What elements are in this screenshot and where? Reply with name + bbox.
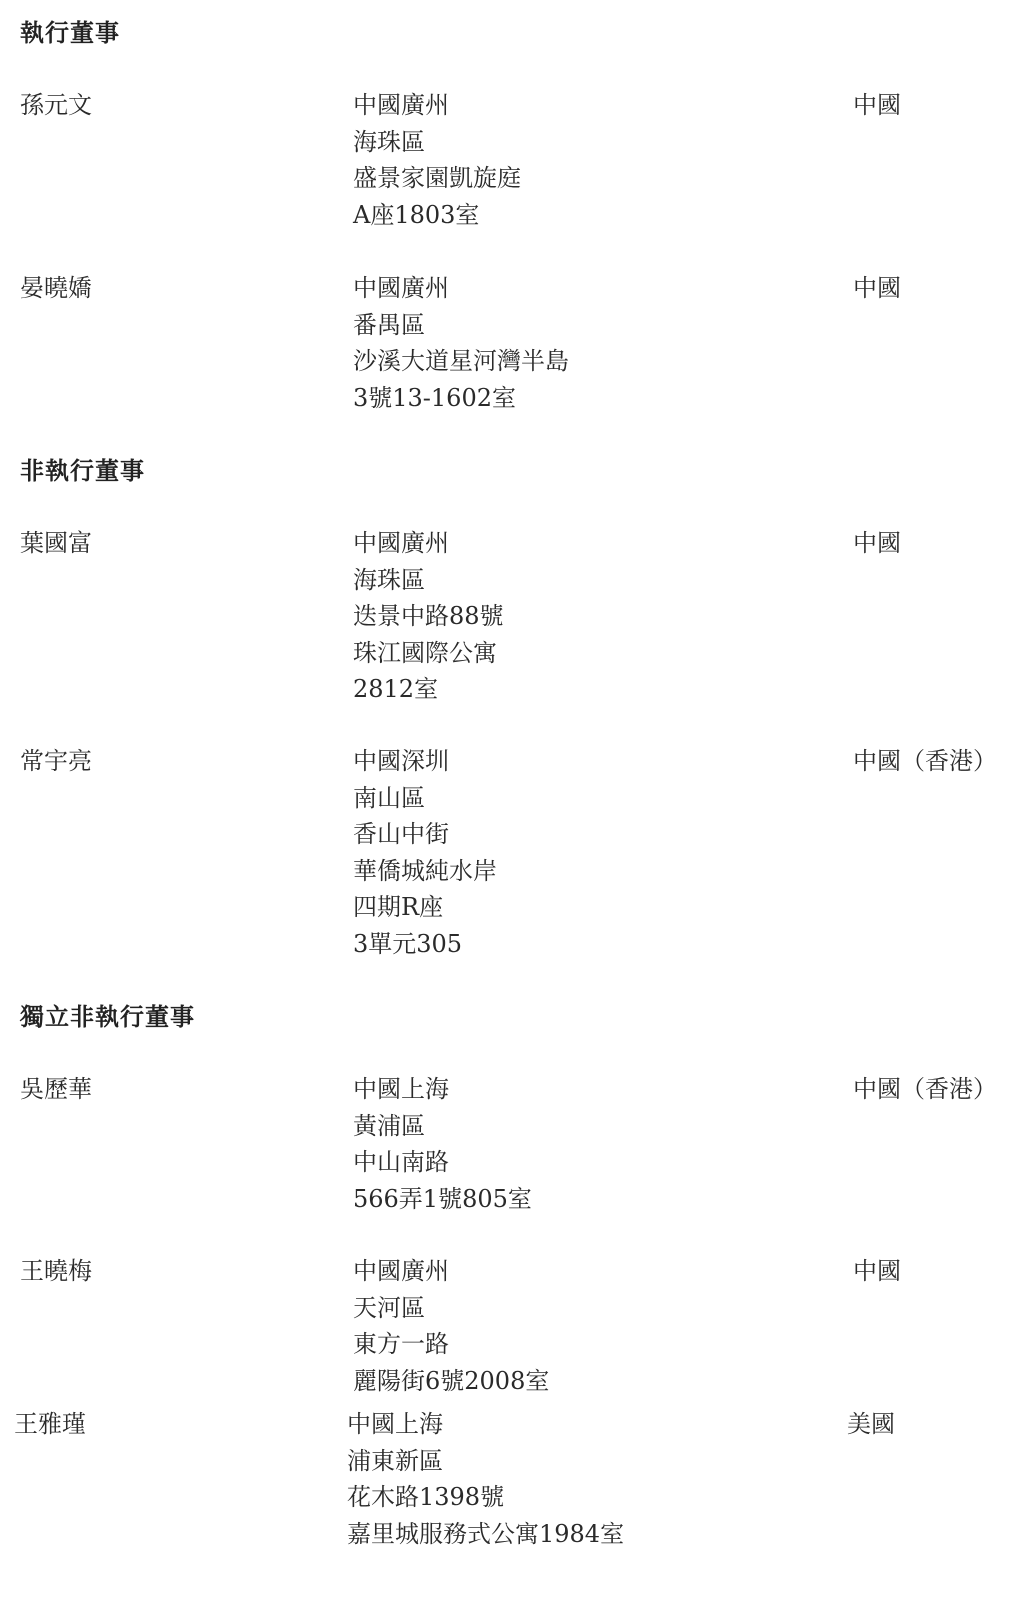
address-line: 中國廣州 [353, 270, 569, 307]
address-line: 中國深圳 [353, 743, 497, 780]
director-name: 葉國富 [20, 525, 92, 562]
director-nationality: 中國（香港） [853, 743, 997, 780]
address-line: 花木路1398號 [347, 1479, 624, 1516]
section-heading-independent-non-executive-directors: 獨立非執行董事 [20, 1002, 195, 1032]
director-name: 王曉梅 [20, 1253, 92, 1290]
address-line: 黃浦區 [353, 1108, 532, 1145]
address-line: 海珠區 [353, 124, 521, 161]
address-line: 天河區 [353, 1290, 549, 1327]
address-line: 南山區 [353, 780, 497, 817]
director-name: 孫元文 [20, 87, 92, 124]
director-address: 中國深圳 南山區 香山中街 華僑城純水岸 四期R座 3單元305 [353, 743, 497, 962]
director-name: 晏曉嬌 [20, 270, 92, 307]
address-line: 沙溪大道星河灣半島 [353, 343, 569, 380]
address-line: 東方一路 [353, 1326, 549, 1363]
address-line: 中國廣州 [353, 525, 504, 562]
address-line: 迭景中路88號 [353, 598, 504, 635]
address-line: 盛景家園凱旋庭 [353, 160, 521, 197]
address-line: 番禺區 [353, 307, 569, 344]
director-name: 吳歷華 [20, 1071, 92, 1108]
director-address: 中國廣州 海珠區 迭景中路88號 珠江國際公寓 2812室 [353, 525, 504, 708]
address-line: 四期R座 [353, 889, 497, 926]
director-nationality: 中國 [853, 87, 901, 124]
address-line: 麗陽街6號2008室 [353, 1363, 549, 1400]
director-address: 中國廣州 天河區 東方一路 麗陽街6號2008室 [353, 1253, 549, 1399]
director-name: 王雅瑾 [14, 1406, 86, 1443]
address-line: 珠江國際公寓 [353, 635, 504, 672]
section-heading-non-executive-directors: 非執行董事 [20, 456, 145, 486]
address-line: A座1803室 [353, 197, 521, 234]
director-nationality: 中國 [853, 270, 901, 307]
address-line: 華僑城純水岸 [353, 853, 497, 890]
address-line: 中國上海 [353, 1071, 532, 1108]
address-line: 3單元305 [353, 926, 497, 963]
address-line: 浦東新區 [347, 1443, 624, 1480]
director-nationality: 美國 [847, 1406, 895, 1443]
section-heading-executive-directors: 執行董事 [20, 18, 120, 48]
director-nationality: 中國（香港） [853, 1071, 997, 1108]
director-address: 中國廣州 番禺區 沙溪大道星河灣半島 3號13-1602室 [353, 270, 569, 416]
address-line: 中國上海 [347, 1406, 624, 1443]
address-line: 海珠區 [353, 562, 504, 599]
director-address: 中國廣州 海珠區 盛景家園凱旋庭 A座1803室 [353, 87, 521, 233]
director-name: 常宇亮 [20, 743, 92, 780]
address-line: 嘉里城服務式公寓1984室 [347, 1516, 624, 1553]
address-line: 香山中街 [353, 816, 497, 853]
director-nationality: 中國 [853, 1253, 901, 1290]
address-line: 3號13-1602室 [353, 380, 569, 417]
director-address: 中國上海 黃浦區 中山南路 566弄1號805室 [353, 1071, 532, 1217]
director-nationality: 中國 [853, 525, 901, 562]
director-address: 中國上海 浦東新區 花木路1398號 嘉里城服務式公寓1984室 [347, 1406, 624, 1552]
address-line: 中國廣州 [353, 1253, 549, 1290]
address-line: 2812室 [353, 671, 504, 708]
address-line: 中山南路 [353, 1144, 532, 1181]
address-line: 中國廣州 [353, 87, 521, 124]
address-line: 566弄1號805室 [353, 1181, 532, 1218]
